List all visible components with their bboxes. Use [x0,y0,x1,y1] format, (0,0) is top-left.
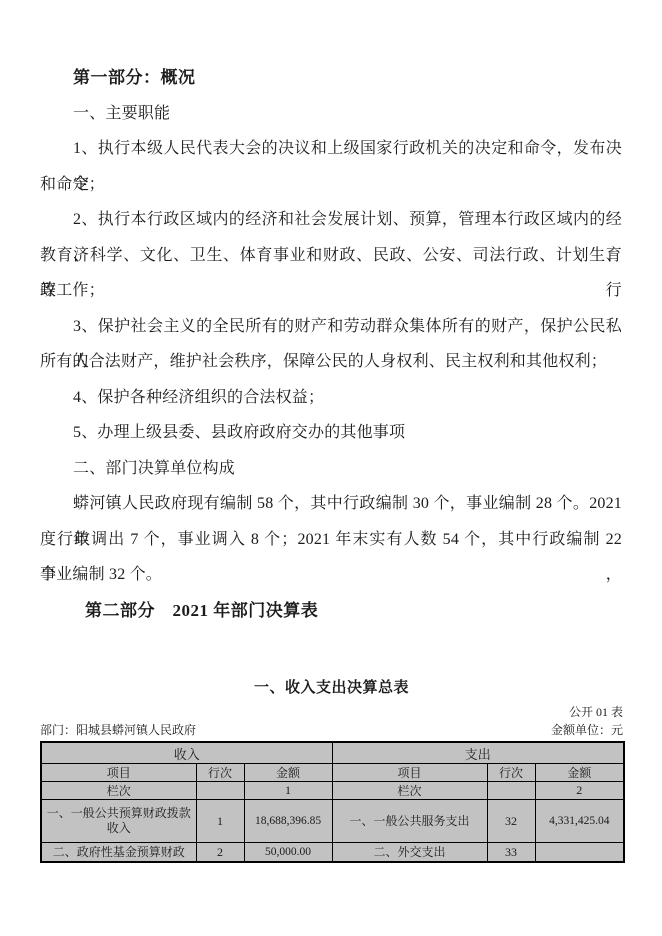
income-header-cell: 收入 [41,742,332,764]
lanci-cell: 栏次 [41,782,196,800]
expense-header-cell: 支出 [332,742,624,764]
income-amount-cell: 18,688,396.85 [244,800,332,843]
table-row: 栏次 1 栏次 2 [41,782,624,800]
income-line-cell: 1 [196,800,244,843]
empty-cell [487,782,535,800]
income-amount-cell: 50,000.00 [244,843,332,863]
table-row: 二、政府性基金预算财政 2 50,000.00 二、外交支出 33 [41,843,624,863]
doc-line: 1、执行本级人民代表大会的决议和上级国家行政机关的决定和命令，发布决定 [40,131,622,167]
doc-line: 和命令； [40,167,622,203]
doc-line: 一、主要职能 [40,96,622,132]
unit-label: 金额单位：元 [551,722,623,738]
column-header-line: 行次 [196,764,244,782]
sheet-number: 公开 01 表 [40,704,623,720]
doc-line: 蟒河镇人民政府现有编制 58 个，其中行政编制 30 个，事业编制 28 个。2… [40,486,622,522]
doc-line: 2、执行本行政区域内的经济和社会发展计划、预算，管理本行政区域内的经济、 [40,202,622,238]
expense-amount-cell [535,843,624,863]
department-label: 部门：阳城县蟒河镇人民政府 [40,722,196,738]
column-header-item: 项目 [41,764,196,782]
expense-col-index-cell: 2 [535,782,624,800]
income-item-cell: 二、政府性基金预算财政 [41,843,196,863]
doc-line: 教育、科学、文化、卫生、体育事业和财政、民政、公安、司法行政、计划生育等行 [40,238,622,274]
expense-line-cell: 33 [487,843,535,863]
table-title: 一、收入支出决算总表 [40,678,623,698]
doc-line: 5、办理上级县委、县政府政府交办的其他事项 [40,415,622,451]
doc-line: 4、保护各种经济组织的合法权益； [40,380,622,416]
column-header-item: 项目 [332,764,487,782]
part1-heading: 第一部分：概况 [40,60,622,96]
document-body: 第一部分：概况 一、主要职能 1、执行本级人民代表大会的决议和上级国家行政机关的… [0,0,662,628]
income-col-index-cell: 1 [244,782,332,800]
table-row: 收入 支出 [41,742,624,764]
document-page: 第一部分：概况 一、主要职能 1、执行本级人民代表大会的决议和上级国家行政机关的… [0,0,662,936]
part2-heading: 第二部分 2021 年部门决算表 [40,593,622,629]
doc-line: 所有的合法财产，维护社会秩序，保障公民的人身权利、民主权利和其他权利； [40,344,622,380]
income-expense-summary-table: 收入 支出 项目 行次 金额 项目 行次 金额 栏次 1 栏次 [40,741,625,863]
doc-line: 二、部门决算单位构成 [40,451,622,487]
expense-amount-cell: 4,331,425.04 [535,800,624,843]
income-line-cell: 2 [196,843,244,863]
lanci-cell: 栏次 [332,782,487,800]
column-header-line: 行次 [487,764,535,782]
column-header-amount: 金额 [244,764,332,782]
column-header-amount: 金额 [535,764,624,782]
expense-item-cell: 二、外交支出 [332,843,487,863]
expense-line-cell: 32 [487,800,535,843]
summary-table-section: 一、收入支出决算总表 公开 01 表 部门：阳城县蟒河镇人民政府 金额单位：元 … [0,678,662,863]
expense-item-cell: 一、一般公共服务支出 [332,800,487,843]
table-row: 一、一般公共预算财政拨款收入 1 18,688,396.85 一、一般公共服务支… [41,800,624,843]
table-row: 项目 行次 金额 项目 行次 金额 [41,764,624,782]
table-meta-row: 部门：阳城县蟒河镇人民政府 金额单位：元 [40,722,623,738]
income-item-cell: 一、一般公共预算财政拨款收入 [41,800,196,843]
empty-cell [196,782,244,800]
doc-line: 3、保护社会主义的全民所有的财产和劳动群众集体所有的财产，保护公民私人 [40,309,622,345]
doc-line: 度行政调出 7 个，事业调入 8 个；2021 年末实有人数 54 个，其中行政… [40,522,622,558]
